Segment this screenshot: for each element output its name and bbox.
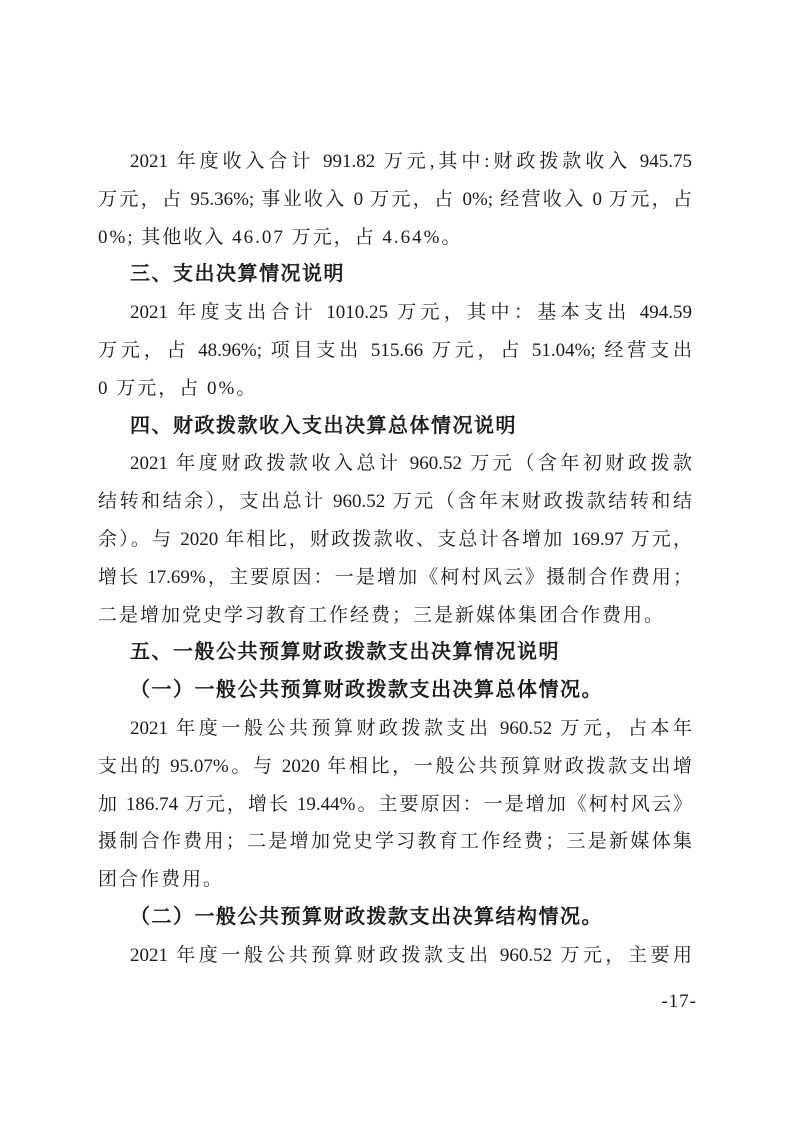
section-heading-3: 三、支出决算情况说明 [98, 256, 692, 294]
text-line: 支出的 95.07%。与 2020 年相比，一般公共预算财政拨款支出增 [98, 748, 692, 786]
subsection-heading-5-1: （一）一般公共预算财政拨款支出决算总体情况。 [98, 672, 692, 710]
document-page: 2021 年度收入合计 991.82 万元,其中:财政拨款收入 945.75 万… [0, 0, 793, 1122]
text-line: 摄制合作费用；二是增加党史学习教育工作经费；三是新媒体集 [98, 823, 692, 861]
document-content: 2021 年度收入合计 991.82 万元,其中:财政拨款收入 945.75 万… [98, 143, 692, 975]
text-line: 加 186.74 万元，增长 19.44%。主要原因：一是增加《柯村风云》 [98, 786, 692, 824]
text-line: 增长 17.69%，主要原因：一是增加《柯村风云》摄制合作费用； [98, 559, 692, 597]
text-line: 2021 年度财政拨款收入总计 960.52 万元（含年初财政拨款 [98, 445, 692, 483]
text-line: 二是增加党史学习教育工作经费；三是新媒体集团合作费用。 [98, 597, 692, 635]
text-line: 万元，占 48.96%; 项目支出 515.66 万元，占 51.04%; 经营… [98, 332, 692, 370]
text-line: 余）。与 2020 年相比，财政拨款收、支总计各增加 169.97 万元， [98, 521, 692, 559]
text-line: 0 万元，占 0%。 [98, 370, 692, 408]
section-heading-4: 四、财政拨款收入支出决算总体情况说明 [98, 408, 692, 446]
text-line: 2021 年度一般公共预算财政拨款支出 960.52 万元，占本年 [98, 710, 692, 748]
text-line: 2021 年度收入合计 991.82 万元,其中:财政拨款收入 945.75 [98, 143, 692, 181]
text-line: 结转和结余），支出总计 960.52 万元（含年末财政拨款结转和结 [98, 483, 692, 521]
section-heading-5: 五、一般公共预算财政拨款支出决算情况说明 [98, 634, 692, 672]
page-number: -17- [661, 991, 697, 1013]
text-line: 2021 年度支出合计 1010.25 万元，其中：基本支出 494.59 [98, 294, 692, 332]
text-line: 2021 年度一般公共预算财政拨款支出 960.52 万元，主要用 [98, 937, 692, 975]
subsection-heading-5-2: （二）一般公共预算财政拨款支出决算结构情况。 [98, 899, 692, 937]
text-line: 万元，占 95.36%; 事业收入 0 万元，占 0%; 经营收入 0 万元，占 [98, 181, 692, 219]
text-line: 0%; 其他收入 46.07 万元，占 4.64%。 [98, 219, 692, 257]
text-line: 团合作费用。 [98, 861, 692, 899]
